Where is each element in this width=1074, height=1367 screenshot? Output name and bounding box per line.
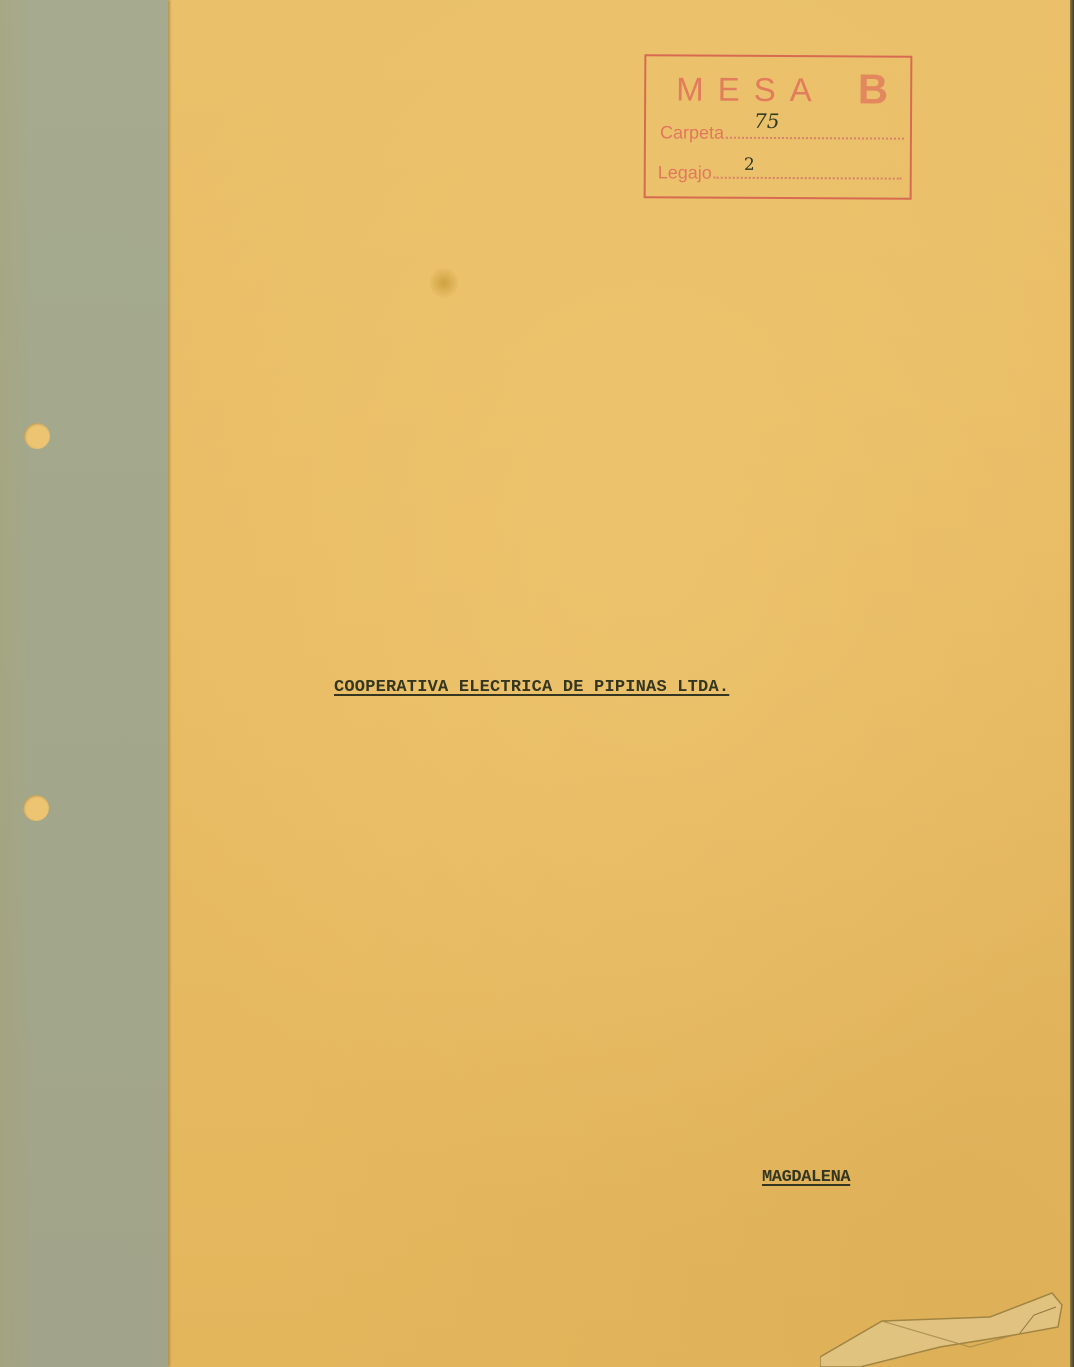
stamp-letter: B	[858, 65, 889, 113]
carpeta-field: 75	[726, 125, 904, 140]
legajo-field: 2	[714, 165, 902, 180]
page-edge	[1070, 0, 1074, 1367]
punch-hole-icon	[24, 423, 50, 449]
document-location: MAGDALENA	[762, 1168, 850, 1187]
archive-stamp: MESA B Carpeta 75 Legajo 2	[644, 54, 913, 199]
legajo-label: Legajo	[658, 162, 712, 183]
legajo-value: 2	[744, 155, 755, 175]
document-title: COOPERATIVA ELECTRICA DE PIPINAS LTDA.	[334, 678, 729, 697]
punch-hole-icon	[23, 795, 49, 821]
carpeta-label: Carpeta	[660, 122, 724, 143]
folded-corner-icon	[820, 1285, 1074, 1367]
stamp-title: MESA	[676, 70, 826, 109]
stamp-legajo-row: Legajo 2	[658, 162, 902, 184]
carpeta-value: 75	[754, 109, 780, 133]
paper-stain	[430, 268, 458, 298]
stamp-carpeta-row: Carpeta 75	[660, 122, 904, 144]
folder-cover: MESA B Carpeta 75 Legajo 2 COOPERATIVA E…	[0, 0, 1074, 1367]
binding-strip	[0, 0, 168, 1367]
